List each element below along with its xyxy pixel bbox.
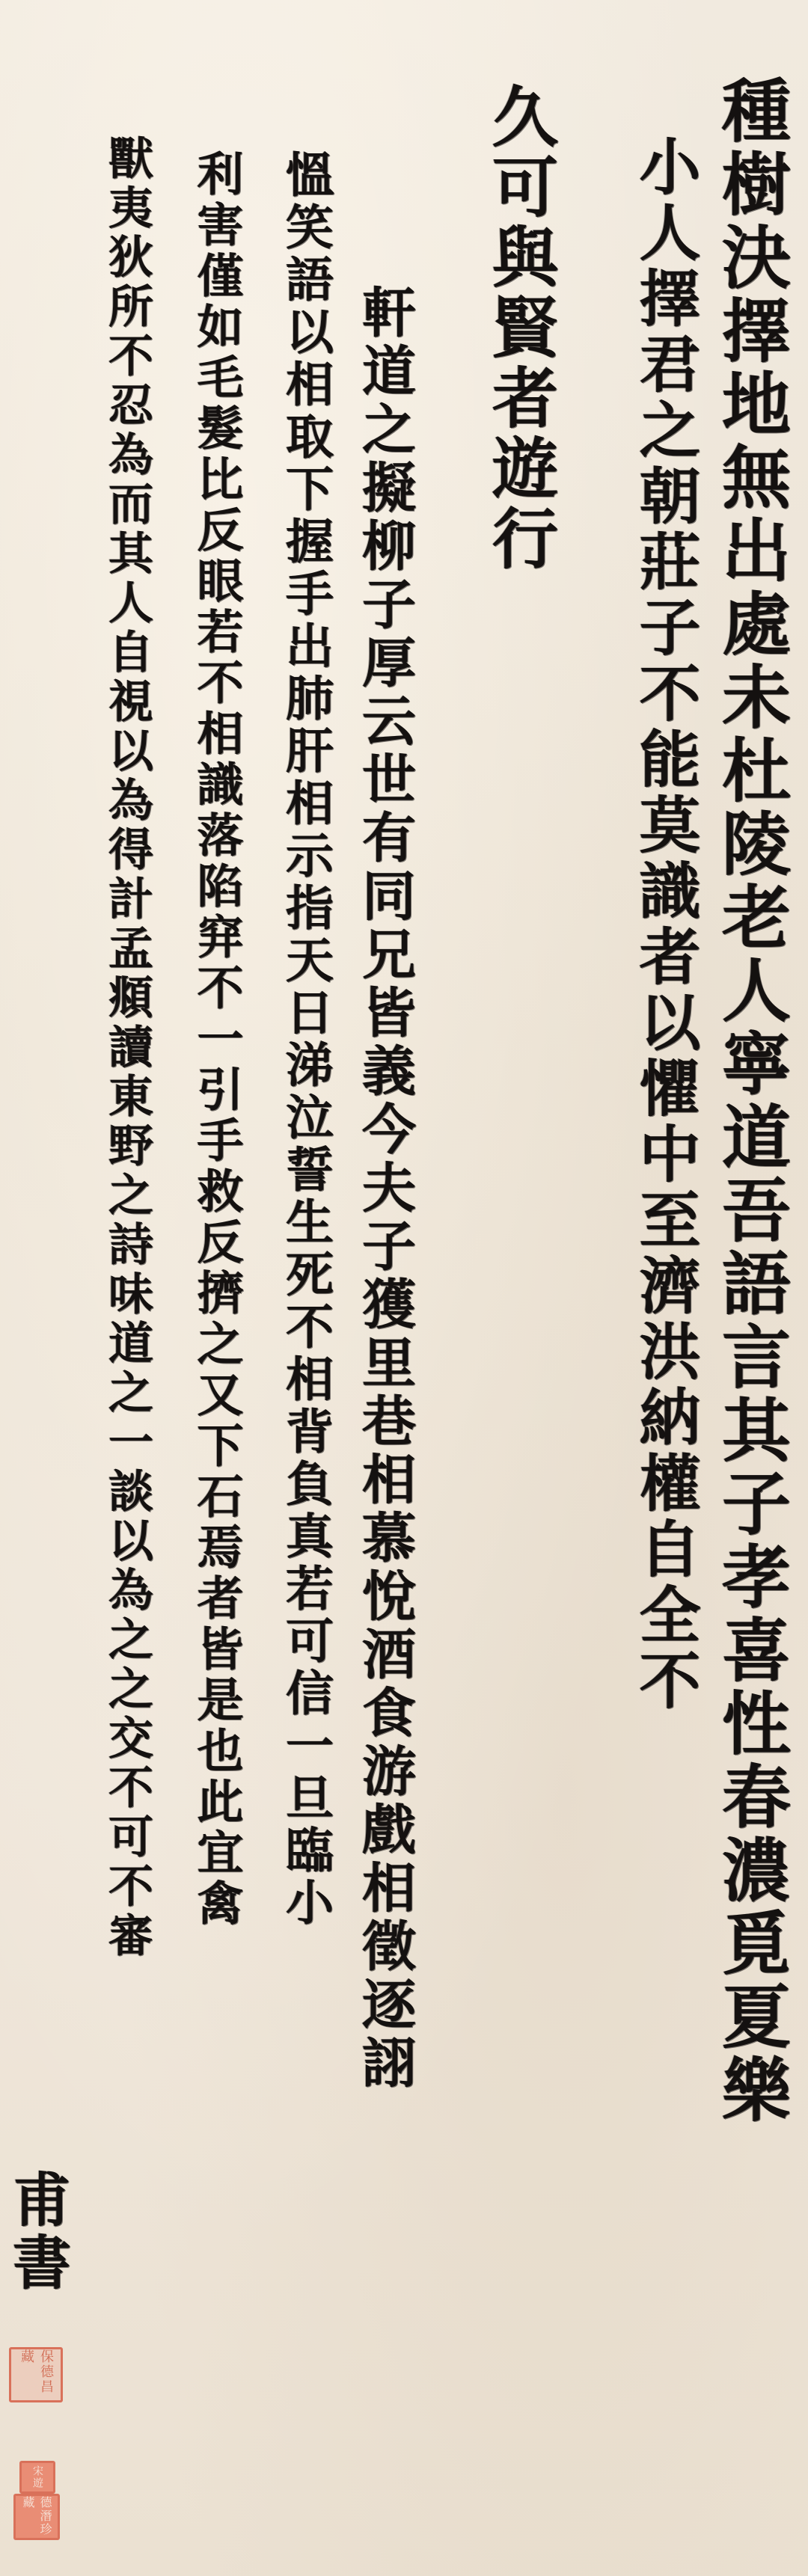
calligraphy-column-3: 久可與賢者遊行 xyxy=(488,82,554,755)
calligraphy-column-6: 利害僅如毛髮比反眼若不相識落陷穽不一引手救反擠之又下石焉者皆是也此宜禽 xyxy=(193,150,239,2468)
calligraphy-column-4: 軒道之擬柳子厚云世有同兄皆義今夫子獲里巷相慕悅酒食游戲相徵逐詡 xyxy=(358,284,411,2453)
collector-seal-2: 宋遊 xyxy=(19,2461,55,2494)
calligraphy-column-5: 慍笑語以相取下握手出肺肝相示指天日涕泣誓生死不相背負真若可信一旦臨小 xyxy=(281,150,329,2468)
calligraphy-column-7: 獸夷狄所不忍為而其人自視以為得計孟頫讀東野之詩味道之一談以為之之交不可不審 xyxy=(105,135,150,2453)
collector-seal-3: 德潛珍藏 xyxy=(13,2494,60,2540)
signature: 甫書 xyxy=(7,2169,66,2334)
calligraphy-scroll: 種樹決擇地無出處未杜陵老人寧道吾語言其子孝喜性春濃覓夏樂 小人擇君之朝莊子不能莫… xyxy=(0,0,808,2576)
collector-seal-1: 保德昌藏 xyxy=(9,2347,63,2402)
calligraphy-column-2: 小人擇君之朝莊子不能莫識者以懼中至濟洪納權自全不 xyxy=(634,135,696,2154)
calligraphy-column-1: 種樹決擇地無出處未杜陵老人寧道吾語言其子孝喜性春濃覓夏樂 xyxy=(717,75,786,2319)
